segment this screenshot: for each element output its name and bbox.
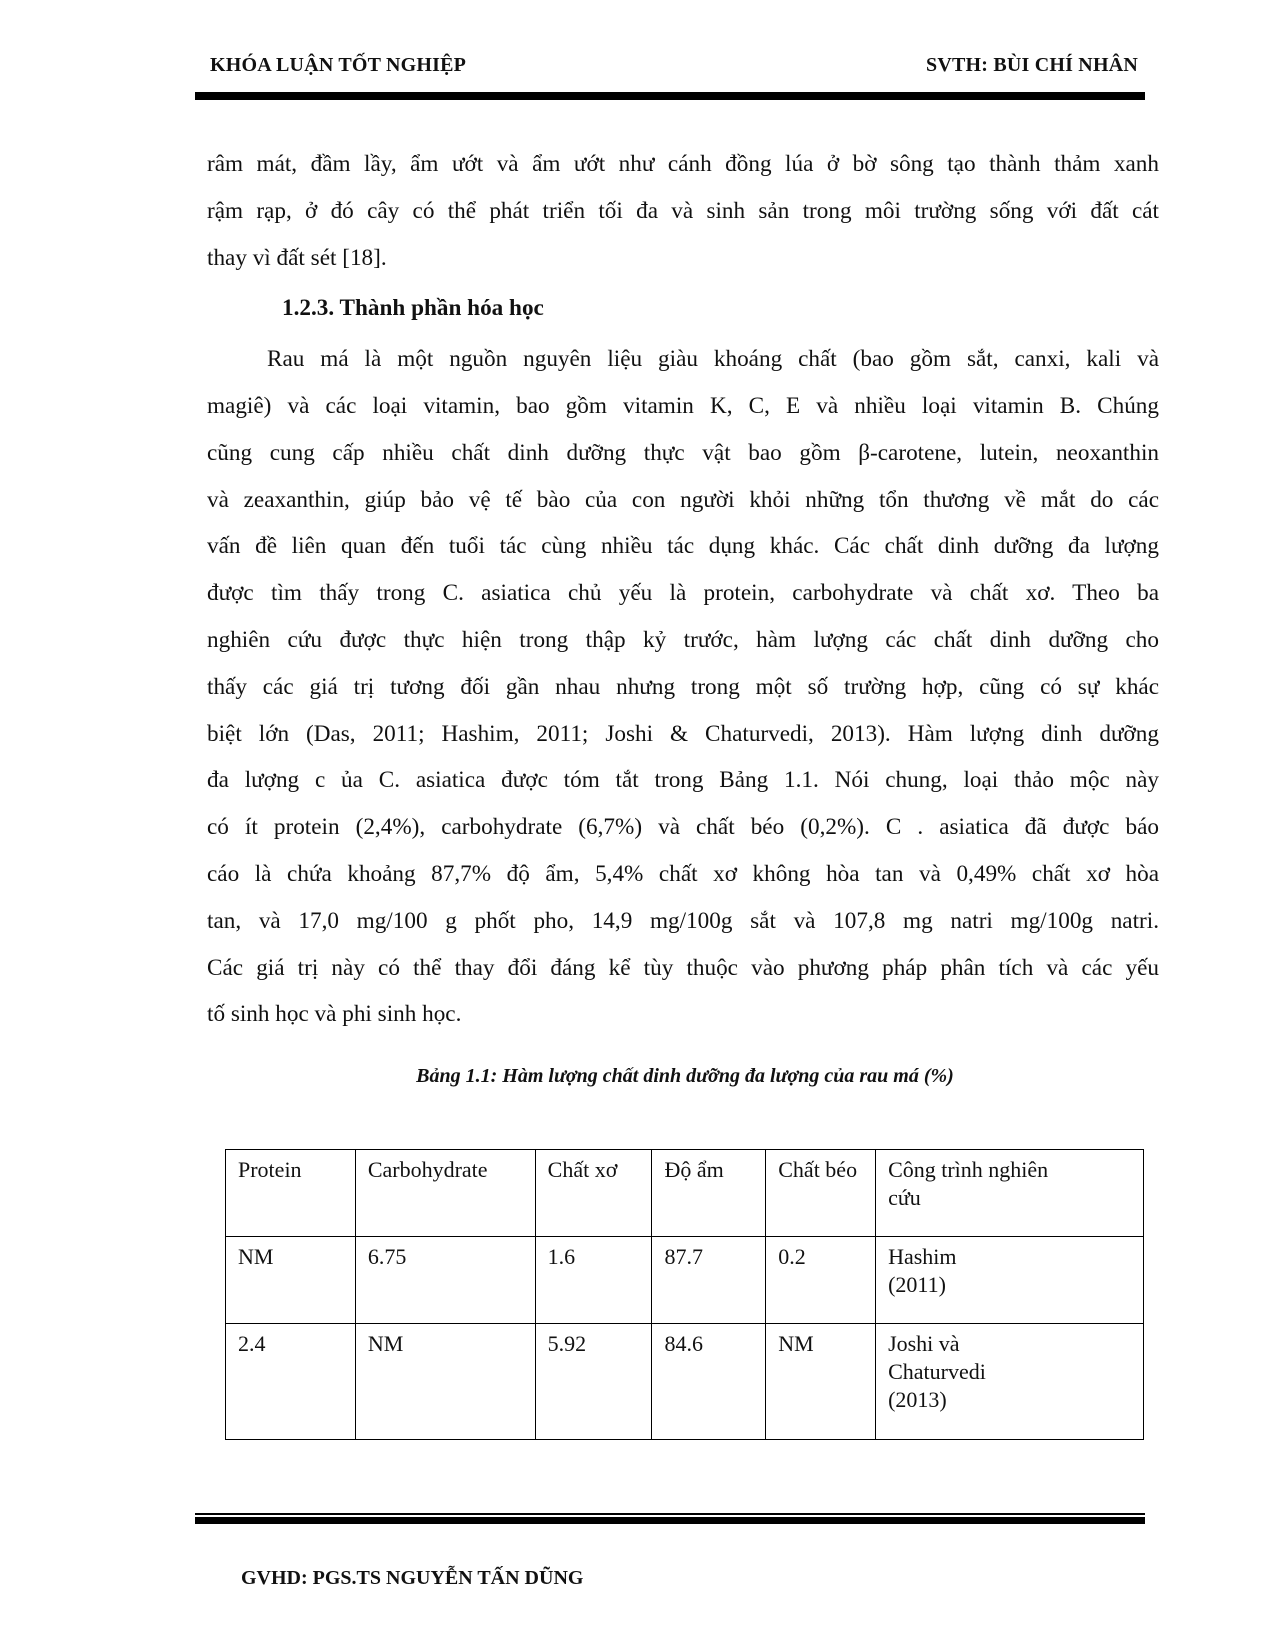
paragraph-line: Rau má là một nguồn nguyên liệu giàu kho… bbox=[207, 336, 1159, 383]
table-cell: 84.6 bbox=[652, 1324, 766, 1440]
table-cell: 6.75 bbox=[355, 1237, 535, 1324]
footer-rule-thin bbox=[195, 1513, 1145, 1515]
table-caption: Bảng 1.1: Hàm lượng chất dinh dưỡng đa l… bbox=[225, 1065, 1145, 1088]
paragraph-line: thấy các giá trị tương đối gần nhau nhưn… bbox=[207, 664, 1159, 711]
paragraph-line: cũng cung cấp nhiều chất dinh dưỡng thực… bbox=[207, 430, 1159, 477]
table-cell: 0.2 bbox=[766, 1237, 876, 1324]
paragraph-line: tan, và 17,0 mg/100 g phốt pho, 14,9 mg/… bbox=[207, 898, 1159, 945]
body-text: râm mát, đầm lầy, ẩm ướt và ẩm ướt như c… bbox=[207, 141, 1159, 1038]
intro-line: thay vì đất sét [18]. bbox=[207, 235, 1159, 282]
paragraph-line: nghiên cứu được thực hiện trong thập kỷ … bbox=[207, 617, 1159, 664]
table-cell: NM bbox=[355, 1324, 535, 1440]
page-header-right: SVTH: BÙI CHÍ NHÂN bbox=[895, 54, 1138, 77]
table-cell: 2.4 bbox=[226, 1324, 356, 1440]
paragraph-line: và zeaxanthin, giúp bảo vệ tế bào của co… bbox=[207, 477, 1159, 524]
table-cell: Hashim (2011) bbox=[876, 1237, 1144, 1324]
header-cell: Công trình nghiên cứu bbox=[876, 1150, 1144, 1237]
paragraph-line: được tìm thấy trong C. asiatica chủ yếu … bbox=[207, 570, 1159, 617]
header-cell: Chất xơ bbox=[535, 1150, 652, 1237]
intro-line: rậm rạp, ở đó cây có thể phát triển tối … bbox=[207, 188, 1159, 235]
paragraph-line: vấn đề liên quan đến tuổi tác cùng nhiều… bbox=[207, 523, 1159, 570]
table-cell: Joshi và Chaturvedi (2013) bbox=[876, 1324, 1144, 1440]
table-cell: NM bbox=[226, 1237, 356, 1324]
page-header-left: KHÓA LUẬN TỐT NGHIỆP bbox=[210, 54, 466, 77]
header-cell: Protein bbox=[226, 1150, 356, 1237]
paragraph-line: tố sinh học và phi sinh học. bbox=[207, 991, 1159, 1038]
table-header-row: Protein Carbohydrate Chất xơ Độ ẩm Chất … bbox=[226, 1150, 1144, 1237]
paragraph-line: cáo là chứa khoảng 87,7% độ ẩm, 5,4% chấ… bbox=[207, 851, 1159, 898]
paragraph-line: biệt lớn (Das, 2011; Hashim, 2011; Joshi… bbox=[207, 711, 1159, 758]
header-rule bbox=[195, 92, 1145, 100]
page-footer: GVHD: PGS.TS NGUYỄN TẤN DŨNG bbox=[241, 1567, 583, 1590]
table-cell: 5.92 bbox=[535, 1324, 652, 1440]
paragraph-line: Các giá trị này có thể thay đổi đáng kể … bbox=[207, 945, 1159, 992]
paragraph-line: đa lượng c ủa C. asiatica được tóm tắt t… bbox=[207, 757, 1159, 804]
header-cell: Carbohydrate bbox=[355, 1150, 535, 1237]
table-cell: 1.6 bbox=[535, 1237, 652, 1324]
table-row: 2.4 NM 5.92 84.6 NM Joshi và Chaturvedi … bbox=[226, 1324, 1144, 1440]
footer-rule-thick bbox=[195, 1517, 1145, 1524]
table-cell: 87.7 bbox=[652, 1237, 766, 1324]
paragraph-line: magiê) và các loại vitamin, bao gồm vita… bbox=[207, 383, 1159, 430]
table-row: NM 6.75 1.6 87.7 0.2 Hashim (2011) bbox=[226, 1237, 1144, 1324]
paragraph-line: có ít protein (2,4%), carbohydrate (6,7%… bbox=[207, 804, 1159, 851]
intro-line: râm mát, đầm lầy, ẩm ướt và ẩm ướt như c… bbox=[207, 141, 1159, 188]
nutrient-table: Protein Carbohydrate Chất xơ Độ ẩm Chất … bbox=[225, 1149, 1144, 1440]
header-cell: Chất béo bbox=[766, 1150, 876, 1237]
header-cell: Độ ẩm bbox=[652, 1150, 766, 1237]
table-cell: NM bbox=[766, 1324, 876, 1440]
section-heading: 1.2.3. Thành phần hóa học bbox=[207, 285, 1159, 332]
